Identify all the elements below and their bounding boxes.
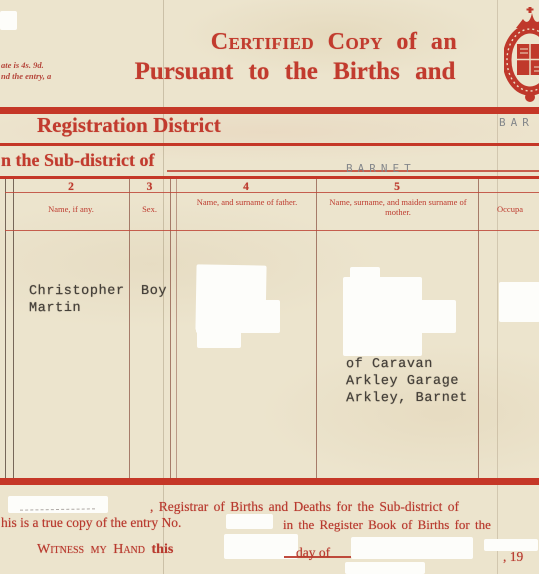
table-vline — [316, 179, 317, 478]
table-vline — [5, 179, 6, 478]
corner-barnet-stamp: BAR — [499, 116, 534, 129]
subdistrict-label: n the Sub-district of — [1, 150, 155, 171]
column-header-father: Name, and surname of father. — [181, 197, 313, 207]
whiteout-patch-father — [197, 331, 241, 348]
witness-smallcaps: Witness my Hand — [37, 542, 145, 557]
column-header-sex: Sex. — [130, 197, 169, 214]
title-smallcaps: Certified Copy — [211, 29, 383, 55]
certificate-title: Certified Copy of an — [186, 29, 482, 56]
royal-coat-of-arms-icon — [504, 7, 539, 105]
header-bottom-rule — [5, 230, 539, 231]
column-header-name: Name, if any. — [16, 197, 126, 214]
certificate-subtitle: Pursuant to the Births and — [92, 58, 498, 86]
table-vline — [478, 179, 479, 478]
whiteout-patch-entry-no — [226, 514, 273, 529]
true-copy-left: his is a true copy of the entry No. — [1, 515, 181, 531]
table-top-rule — [0, 176, 539, 179]
whiteout-patch — [0, 11, 17, 30]
subdistrict-barnet-stamp: BARNET — [346, 162, 416, 175]
whiteout-patch-occupation — [499, 282, 539, 322]
column-header-occupation: Occupa — [482, 197, 538, 214]
day-of-label: day of — [296, 545, 330, 561]
birth-certificate-scan: { "header": { "marginal_note": "ate is 4… — [0, 0, 539, 574]
marginal-fee-note: ate is 4s. 9d. nd the entry, a — [1, 60, 71, 82]
whiteout-patch-bottom — [345, 562, 425, 574]
entry-sex: Boy — [141, 283, 167, 300]
witness-line: Witness my Hand this — [37, 542, 173, 558]
whiteout-patch-father — [196, 300, 280, 333]
entry-mother-address: of Caravan Arkley Garage Arkley, Barnet — [346, 356, 468, 407]
header-number-rule — [5, 192, 539, 193]
entry-child-name: Christopher Martin — [29, 283, 125, 317]
fold-crease-right — [497, 0, 498, 574]
table-vline — [129, 179, 130, 478]
registration-district-heading: Registration District — [37, 113, 221, 138]
table-vline — [13, 179, 14, 478]
year-prefix: , 19 — [503, 549, 523, 565]
red-band-bottom — [0, 478, 539, 485]
whiteout-patch-month — [351, 537, 473, 559]
registrar-line: , Registrar of Births and Deaths for the… — [150, 499, 459, 515]
table-vline — [170, 179, 171, 478]
table-vline — [176, 179, 177, 478]
title-tail: of an — [383, 29, 457, 55]
whiteout-patch-mother — [418, 300, 456, 333]
whiteout-patch-mother — [343, 277, 422, 356]
red-rule-mid — [0, 143, 539, 146]
true-copy-right: in the Register Book of Births for the — [283, 517, 491, 533]
column-header-mother: Name, surname, and maiden surname of mot… — [320, 197, 476, 217]
witness-this: this — [145, 542, 173, 557]
